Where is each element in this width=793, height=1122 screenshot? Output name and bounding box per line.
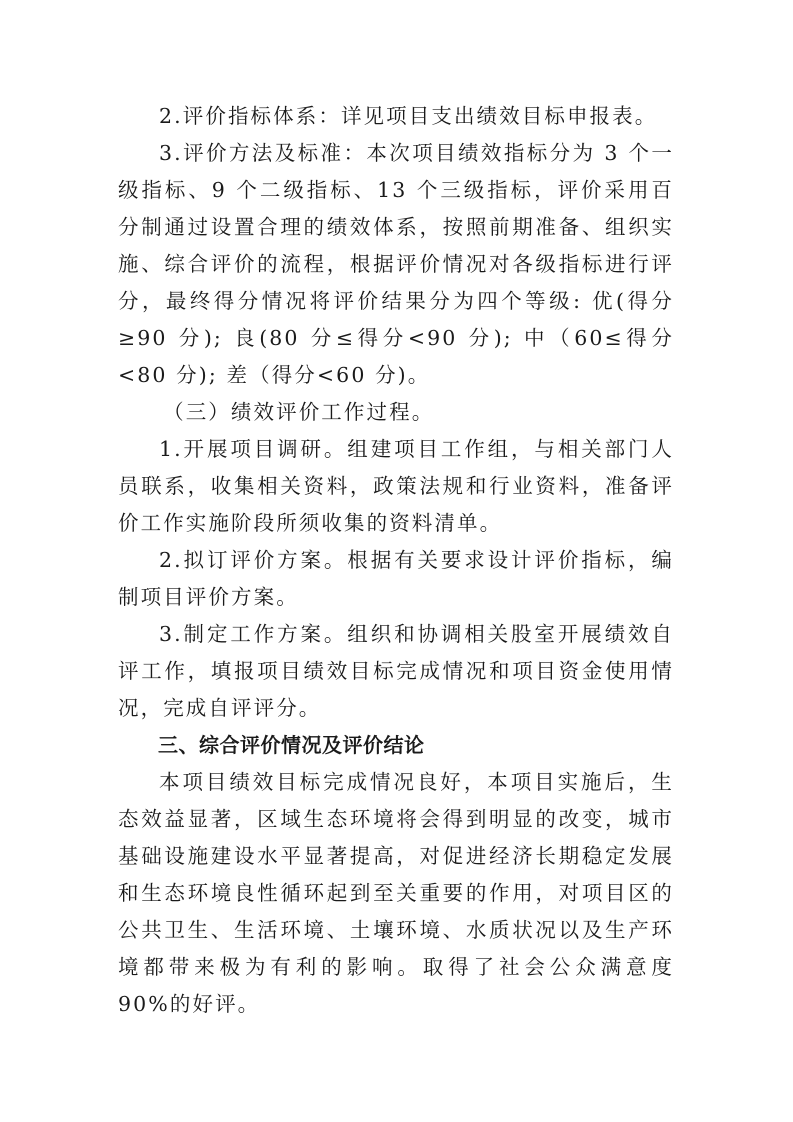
paragraph-project-research: 1.开展项目调研。组建项目工作组，与相关部门人员联系，收集相关资料，政策法规和行… xyxy=(118,431,674,542)
paragraph-conclusion-body: 本项目绩效目标完成情况良好，本项目实施后，生态效益显著，区域生态环境将会得到明显… xyxy=(118,764,674,1023)
paragraph-work-plan: 3.制定工作方案。组织和协调相关股室开展绩效自评工作，填报项目绩效目标完成情况和… xyxy=(118,616,674,727)
paragraph-evaluation-method: 3.评价方法及标准：本次项目绩效指标分为 3 个一级指标、9 个二级指标、13 … xyxy=(118,135,674,394)
section-heading-conclusion: 三、综合评价情况及评价结论 xyxy=(118,727,674,764)
paragraph-evaluation-index-system: 2.评价指标体系：详见项目支出绩效目标申报表。 xyxy=(118,98,674,135)
subheading-evaluation-process: （三）绩效评价工作过程。 xyxy=(118,394,674,431)
document-page: 2.评价指标体系：详见项目支出绩效目标申报表。 3.评价方法及标准：本次项目绩效… xyxy=(118,98,674,1023)
paragraph-evaluation-plan: 2.拟订评价方案。根据有关要求设计评价指标，编制项目评价方案。 xyxy=(118,542,674,616)
